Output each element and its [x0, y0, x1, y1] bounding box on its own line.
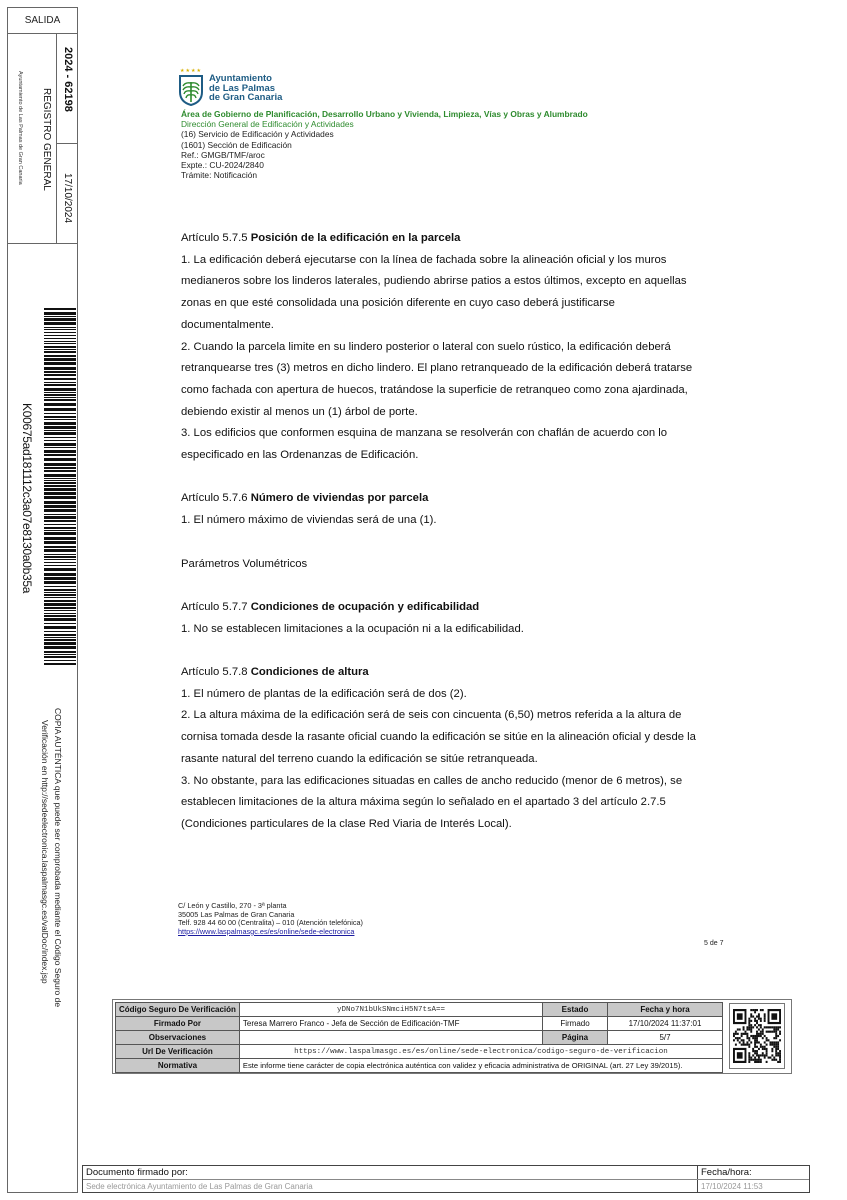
- section-heading: Parámetros Volumétricos: [181, 554, 741, 576]
- url-value[interactable]: https://www.laspalmasgc.es/es/online/sed…: [239, 1045, 722, 1059]
- paragraph: documentalmente.: [181, 315, 741, 337]
- article-heading: Artículo 5.7.8 Condiciones de altura: [181, 662, 741, 684]
- pagina-value: 5/7: [608, 1031, 723, 1045]
- url-label: Url De Verificación: [116, 1045, 240, 1059]
- datetime-value: 17/10/2024 11:53: [697, 1180, 763, 1193]
- registry-strip: SALIDA Ayuntamiento de Las Palmas de Gra…: [7, 7, 78, 1193]
- sede-electronica-link[interactable]: https://www.laspalmasgc.es/es/online/sed…: [178, 927, 354, 936]
- qr-code-icon: [733, 1009, 781, 1063]
- table-row: Normativa Este informe tiene carácter de…: [116, 1059, 723, 1073]
- observaciones-value: [239, 1031, 542, 1045]
- verification-table: Código Seguro De Verificación yDNo7N1bUk…: [115, 1002, 723, 1073]
- barcode-image: [44, 308, 76, 668]
- normativa-label: Normativa: [116, 1059, 240, 1073]
- table-row: Código Seguro De Verificación yDNo7N1bUk…: [116, 1003, 723, 1017]
- paragraph: 2. Cuando la parcela limite en su linder…: [181, 337, 741, 359]
- firmado-por-value: Teresa Marrero Franco - Jefa de Sección …: [239, 1017, 542, 1031]
- registry-number: 2024 - 62198: [62, 47, 74, 112]
- directorate: Dirección General de Edificación y Activ…: [181, 119, 588, 129]
- paragraph: zonas en que esté consolidada una posici…: [181, 293, 741, 315]
- paragraph: cornisa tomada desde la rasante oficial …: [181, 727, 741, 749]
- file-number: Expte.: CU-2024/2840: [181, 160, 588, 170]
- csv-label: Código Seguro De Verificación: [116, 1003, 240, 1017]
- service: (16) Servicio de Edificación y Actividad…: [181, 129, 588, 139]
- paragraph: 3. Los edificios que conformen esquina d…: [181, 423, 741, 445]
- paragraph: 1. No se establecen limitaciones a la oc…: [181, 619, 741, 641]
- paragraph: debiendo existir al menos un (1) árbol d…: [181, 402, 741, 424]
- paragraph: retranquearse tres (3) metros en dicho l…: [181, 358, 741, 380]
- palm-shield-icon: [178, 74, 204, 106]
- government-area: Área de Gobierno de Planificación, Desar…: [181, 109, 588, 119]
- paragraph: 2. La altura máxima de la edificación se…: [181, 705, 741, 727]
- qr-code: [729, 1003, 785, 1069]
- registry-organization: Ayuntamiento de Las Palmas de Gran Canar…: [17, 71, 23, 185]
- paragraph: como fachada con apertura de huecos, tra…: [181, 380, 741, 402]
- article-heading: Artículo 5.7.7 Condiciones de ocupación …: [181, 597, 741, 619]
- table-row: Firmado Por Teresa Marrero Franco - Jefa…: [116, 1017, 723, 1031]
- article-heading: Artículo 5.7.5 Posición de la edificació…: [181, 228, 741, 250]
- salida-label: SALIDA: [8, 8, 77, 34]
- paragraph: especificado en las Ordenanzas de Edific…: [181, 445, 741, 467]
- paragraph: (Condiciones particulares de la clase Re…: [181, 814, 741, 836]
- fecha-label: Fecha y hora: [608, 1003, 723, 1017]
- csv-value: yDNo7N1bUkSNmciH5N7tsA==: [239, 1003, 542, 1017]
- paragraph: 1. El número de plantas de la edificació…: [181, 684, 741, 706]
- paragraph: 1. El número máximo de viviendas será de…: [181, 510, 741, 532]
- table-row: Observaciones Página 5/7: [116, 1031, 723, 1045]
- logo-line3: de Gran Canaria: [209, 93, 282, 103]
- registry-label: REGISTRO GENERAL: [41, 88, 52, 191]
- pagina-label: Página: [543, 1031, 608, 1045]
- reference: Ref.: GMGB/TMF/aroc: [181, 150, 588, 160]
- signature-box: Documento firmado por: Fecha/hora: Sede …: [82, 1165, 810, 1193]
- footer-address: C/ León y Castillo, 270 - 3ª planta 3500…: [178, 902, 363, 936]
- paragraph: establecen limitaciones de la altura máx…: [181, 792, 741, 814]
- paragraph: 3. No obstante, para las edificaciones s…: [181, 771, 741, 793]
- normativa-value: Este informe tiene carácter de copia ele…: [239, 1059, 722, 1073]
- paragraph: medianeros sobre los linderos laterales,…: [181, 271, 741, 293]
- registry-stamp: Ayuntamiento de Las Palmas de Gran Canar…: [8, 33, 77, 244]
- section: (1601) Sección de Edificación: [181, 140, 588, 150]
- paragraph: 1. La edificación deberá ejecutarse con …: [181, 250, 741, 272]
- registry-date: 17/10/2024: [62, 173, 73, 223]
- authentic-copy-line2: Verificación en http://sedeelectronica.l…: [39, 720, 50, 984]
- verification-box: Código Seguro De Verificación yDNo7N1bUk…: [112, 999, 792, 1074]
- firmado-por-label: Firmado Por: [116, 1017, 240, 1031]
- barcode-code: K00675ad181112c3a07e8130a0b35a: [20, 403, 34, 593]
- estado-label: Estado: [543, 1003, 608, 1017]
- estado-value: Firmado: [543, 1017, 608, 1031]
- authentic-copy-line1: COPIA AUTÉNTICA que puede ser comprobada…: [52, 708, 63, 1007]
- datetime-label: Fecha/hora:: [697, 1166, 752, 1179]
- fecha-value: 17/10/2024 11:37:01: [608, 1017, 723, 1031]
- page-number: 5 de 7: [704, 940, 723, 947]
- city-council-logo: ★★★★ Ayuntamiento de Las Palmas de Gran …: [178, 68, 296, 108]
- document-body: Artículo 5.7.5 Posición de la edificació…: [181, 228, 741, 836]
- paragraph: rasante natural del terreno cuando la ed…: [181, 749, 741, 771]
- article-heading: Artículo 5.7.6 Número de viviendas por p…: [181, 488, 741, 510]
- table-row: Url De Verificación https://www.laspalma…: [116, 1045, 723, 1059]
- signed-by-value: Sede electrónica Ayuntamiento de Las Pal…: [86, 1180, 313, 1193]
- signed-by-label: Documento firmado por:: [86, 1166, 188, 1179]
- document-header: Área de Gobierno de Planificación, Desar…: [181, 109, 588, 180]
- observaciones-label: Observaciones: [116, 1031, 240, 1045]
- procedure: Trámite: Notificación: [181, 170, 588, 180]
